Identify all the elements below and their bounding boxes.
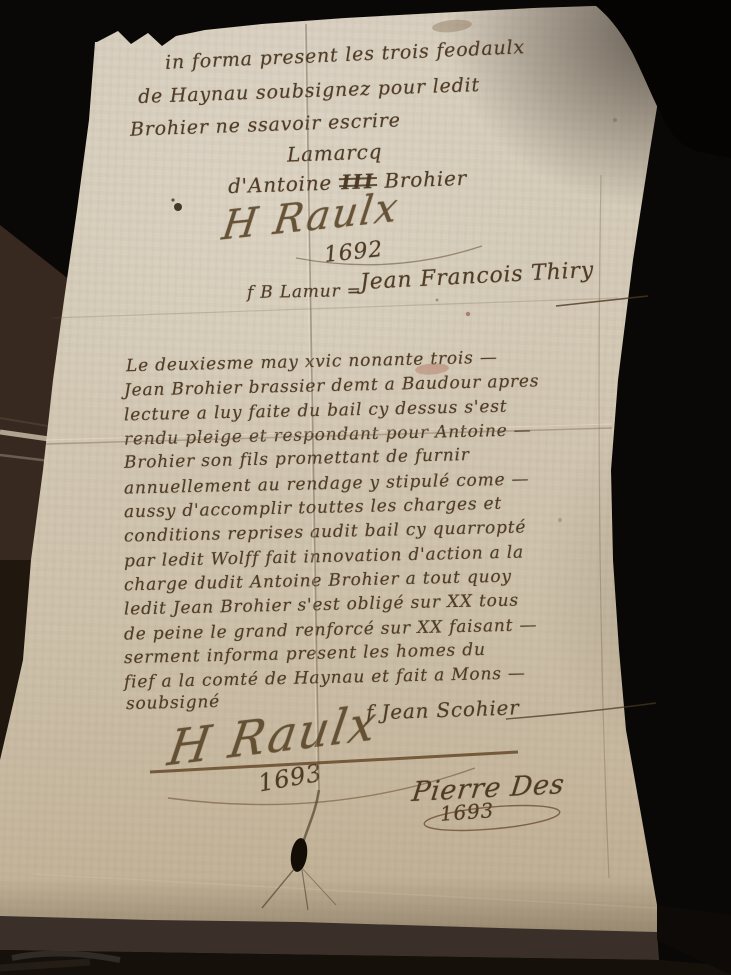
signature-pierre-des-year: 1693 [439, 798, 495, 826]
manuscript-line: aussy d'accomplir touttes les charges et [124, 494, 502, 523]
manuscript-line: Brohier son fils promettant de furnir [124, 445, 470, 473]
photo-scene: in forma present les trois feodaulx de H… [0, 0, 731, 975]
manuscript-line: Le deuxiesme may xvic nonante trois — [126, 348, 498, 376]
manuscript-line: conditions reprises audit bail cy quarro… [124, 517, 527, 546]
manuscript-line: ledit Jean Brohier s'est obligé sur XX t… [124, 591, 519, 620]
manuscript-line: lecture a luy faite du bail cy dessus s'… [124, 397, 508, 426]
manuscript-line: de Haynau soubsignez pour ledit [138, 74, 481, 108]
manuscript-line: Jean Brohier brassier demt a Baudour apr… [124, 371, 540, 400]
manuscript-line: in forma present les trois feodaulx [165, 36, 526, 74]
witness-thiry: Jean Francois Thiry [360, 258, 595, 295]
manuscript-line: fief a la comté de Haynau et fait a Mons… [124, 663, 526, 692]
manuscript-line: Lamarcq [287, 139, 383, 166]
manuscript-line: rendu pleige et respondant pour Antoine … [124, 420, 532, 449]
manuscript-line: Brohier ne ssavoir escrire [130, 109, 401, 140]
attestation-scohier: f Jean Scohier [366, 695, 520, 724]
manuscript-line: serment informa present les homes du [124, 640, 486, 668]
signature-raulx-1692-year: 1692 [323, 237, 384, 268]
manuscript-line: soubsigné [126, 692, 220, 714]
manuscript-text: in forma present les trois feodaulx de H… [0, 0, 731, 975]
witness-lamur: f B Lamur = [247, 281, 362, 303]
